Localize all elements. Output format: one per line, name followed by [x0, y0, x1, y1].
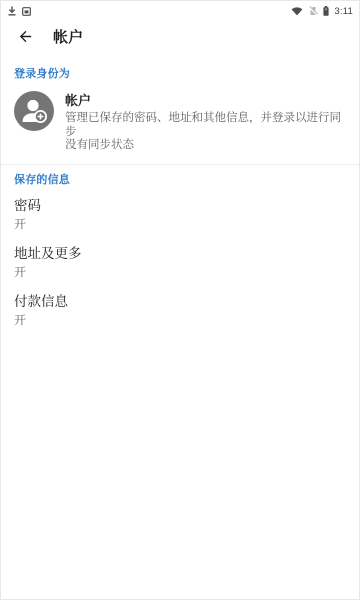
page-title: 帐户: [53, 26, 84, 47]
signed-in-section-label: 登录身份为: [14, 65, 359, 81]
status-bar-right: 3:11: [291, 6, 353, 17]
section-divider: [1, 164, 359, 165]
account-title: 帐户: [65, 93, 346, 109]
account-description: 管理已保存的密码、地址和其他信息，并登录以进行同步: [65, 112, 346, 139]
item-label: 付款信息: [14, 294, 346, 310]
screenshot-icon: [22, 7, 31, 16]
list-item-payment[interactable]: 付款信息 开: [1, 287, 359, 335]
item-value: 开: [14, 265, 346, 279]
item-label: 地址及更多: [14, 246, 346, 262]
person-add-icon: [14, 91, 54, 131]
saved-info-list: 密码 开 地址及更多 开 付款信息 开: [1, 191, 359, 335]
download-icon: [7, 6, 17, 16]
wifi-icon: [291, 6, 303, 16]
item-label: 密码: [14, 198, 346, 214]
status-bar: 3:11: [1, 1, 359, 19]
list-item-passwords[interactable]: 密码 开: [1, 191, 359, 239]
status-time: 3:11: [334, 6, 353, 17]
list-item-addresses[interactable]: 地址及更多 开: [1, 239, 359, 287]
status-bar-left: [7, 6, 31, 16]
battery-icon: [323, 6, 329, 16]
saved-info-section-label: 保存的信息: [14, 171, 359, 187]
sync-status: 没有同步状态: [65, 139, 346, 153]
arrow-back-icon[interactable]: [15, 26, 35, 46]
item-value: 开: [14, 217, 346, 231]
account-texts: 帐户 管理已保存的密码、地址和其他信息，并登录以进行同步 没有同步状态: [65, 91, 346, 153]
no-sim-icon: [308, 6, 318, 16]
item-value: 开: [14, 313, 346, 327]
account-row[interactable]: 帐户 管理已保存的密码、地址和其他信息，并登录以进行同步 没有同步状态: [14, 91, 346, 153]
account-settings-screen: 3:11 帐户 登录身份为 帐户 管理已保存的密码、地址和其他信息，并登录以进行…: [0, 0, 360, 600]
header: 帐户: [1, 19, 359, 51]
